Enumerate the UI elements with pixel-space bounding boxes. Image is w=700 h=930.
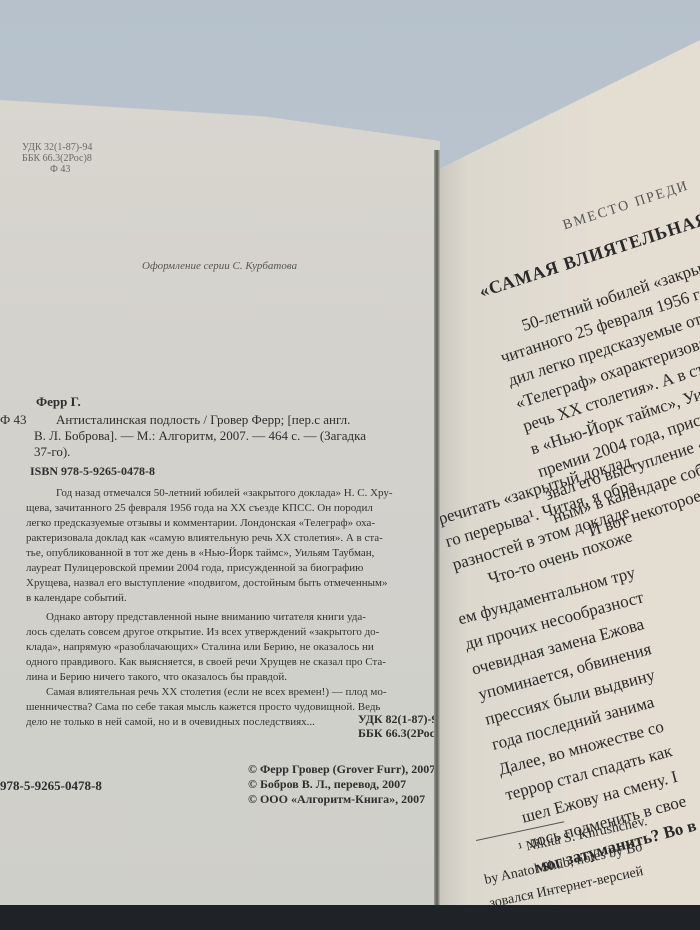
annotation-line: щева, зачитанного 25 февраля 1956 года н…: [26, 501, 393, 516]
annotation-line: клада», напрямую «разоблачающих» Сталина…: [26, 640, 393, 655]
annotation-line: одного правдивого. Как выясняется, в сво…: [26, 655, 393, 670]
copyright-line: © ООО «Алгоритм-Книга», 2007: [248, 792, 425, 807]
catalog-code: Ф 43: [0, 412, 27, 428]
annotation-line: легко предсказуемые отзывы и комментарии…: [26, 516, 393, 531]
right-book-page: ВМЕСТО ПРЕДИ «САМАЯ ВЛИЯТЕЛЬНАЯ РЕЧ 50-л…: [436, 40, 700, 910]
annotation-line: дело не только в ней самой, но и в очеви…: [26, 715, 393, 730]
udk-code-top: УДК 32(1-87)-94: [22, 142, 92, 153]
annotation-block: Год назад отмечался 50-летний юбилей «за…: [26, 486, 393, 730]
bbk-code: ББК 66.3(2Рос)8: [358, 726, 445, 741]
bibliographic-line: В. Л. Боброва]. — М.: Алгоритм, 2007. — …: [34, 428, 366, 444]
author-name: Ферр Г.: [36, 394, 81, 410]
bibliographic-line: Антисталинская подлость / Гровер Ферр; […: [56, 412, 350, 428]
isbn: ISBN 978-5-9265-0478-8: [30, 464, 155, 479]
annotation-line: лось сделать совсем другое открытие. Из …: [26, 625, 393, 640]
annotation-line: Год назад отмечался 50-летний юбилей «за…: [26, 486, 393, 501]
bbk-code-top: ББК 66.3(2Рос)8: [22, 153, 92, 164]
isbn-bottom: 978-5-9265-0478-8: [0, 778, 102, 794]
annotation-line: шенничества? Сама по себе такая мысль ка…: [26, 700, 393, 715]
udk-code: УДК 82(1-87)-94: [358, 712, 444, 727]
annotation-line: в календаре событий.: [26, 591, 393, 606]
series-design-credit: Оформление серии С. Курбатова: [142, 260, 297, 272]
copyright-line: © Бобров В. Л., перевод, 2007: [248, 777, 406, 792]
book-gutter: [434, 150, 440, 920]
bibliographic-line: 37-го).: [34, 444, 70, 460]
annotation-line: Самая влиятельная речь XX столетия (если…: [26, 685, 393, 700]
annotation-line: Однако автору представленной ныне вниман…: [26, 610, 393, 625]
annotation-line: лина и Берию ничего такого, что оказалос…: [26, 670, 393, 685]
annotation-line: лауреат Пулицеровской премии 2004 года, …: [26, 561, 393, 576]
copyright-line: © Ферр Гровер (Grover Furr), 2007: [248, 762, 435, 777]
catalog-code-top: Ф 43: [50, 164, 70, 175]
annotation-line: тье, опубликованной в тот же день в «Нью…: [26, 546, 393, 561]
annotation-line: рактеризовала доклад как «самую влиятель…: [26, 531, 393, 546]
annotation-line: Хрущева, назвал его выступление «подвиго…: [26, 576, 393, 591]
left-book-page: УДК 32(1-87)-94 ББК 66.3(2Рос)8 Ф 43 Офо…: [0, 100, 440, 920]
book-cover-edge: [0, 905, 700, 930]
